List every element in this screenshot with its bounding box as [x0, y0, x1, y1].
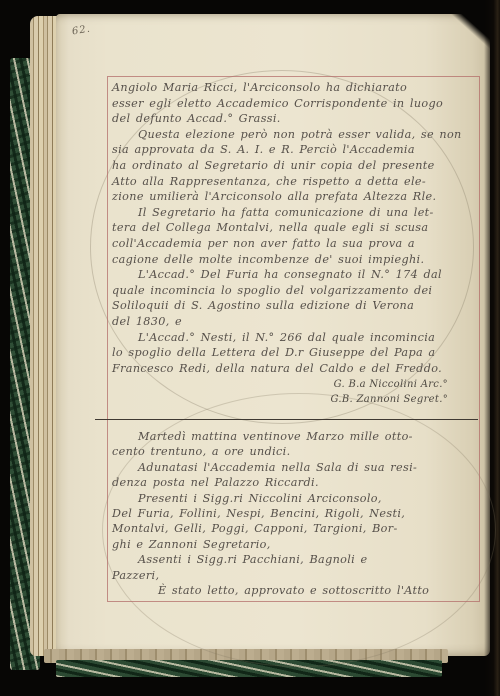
manuscript-line: Pazzeri,: [112, 568, 478, 583]
manuscript-line: coll'Accademia per non aver fatto la sua…: [112, 236, 478, 252]
manuscript-line: ha ordinato al Segretario di unir copia …: [112, 158, 478, 174]
manuscript-line: del defunto Accad.° Grassi.: [112, 111, 478, 127]
manuscript-line: zione umilierà l'Arciconsolo alla prefat…: [112, 189, 478, 205]
gutter-shadow: [484, 0, 500, 696]
manuscript-line: cagione delle molte incombenze de' suoi …: [112, 252, 478, 268]
manuscript-line: L'Accad.° Nesti, il N.° 266 dal quale in…: [112, 330, 478, 346]
manuscript-line: Il Segretario ha fatta comunicazione di …: [112, 205, 478, 221]
signature-block: G. B.a Niccolini Arc.° G.B. Zannoni Segr…: [238, 377, 448, 407]
manuscript-line: Adunatasi l'Accademia nella Sala di sua …: [112, 460, 478, 475]
minutes-entry-29-march-1831: Martedì mattina ventinove Marzo mille ot…: [112, 429, 478, 598]
manuscript-line: ghi e Zannoni Segretario,: [112, 537, 478, 552]
manuscript-line: Francesco Redi, della natura del Caldo e…: [112, 361, 478, 377]
manuscript-line: lo spoglio della Lettera del D.r Giusepp…: [112, 345, 478, 361]
manuscript-line: Assenti i Sigg.ri Pacchiani, Bagnoli e: [112, 552, 478, 567]
manuscript-line: Atto alla Rappresentanza, che rispetto a…: [112, 174, 478, 190]
minutes-entry-continued: Angiolo Maria Ricci, l'Arciconsolo ha di…: [112, 80, 478, 376]
manuscript-line: Del Furia, Follini, Nespi, Bencini, Rigo…: [112, 506, 478, 521]
manuscript-line: Soliloquii di S. Agostino sulla edizione…: [112, 298, 478, 314]
manuscript-line: cento trentuno, a ore undici.: [112, 444, 478, 459]
manuscript-line: del 1830, e: [112, 314, 478, 330]
book-photograph: 62. Angiolo Maria Ricci, l'Arciconsolo h…: [0, 0, 500, 696]
manuscript-line: sia approvata da S. A. I. e R. Perciò l'…: [112, 142, 478, 158]
manuscript-line: Montalvi, Gelli, Poggi, Capponi, Targion…: [112, 521, 478, 536]
manuscript-line: È stato letto, approvato e sottoscritto …: [112, 583, 478, 598]
manuscript-line: esser egli eletto Accademico Corrisponde…: [112, 96, 478, 112]
manuscript-line: quale incomincia lo spoglio del volgariz…: [112, 283, 478, 299]
secretary-signature: G.B. Zannoni Segret.°: [238, 392, 448, 407]
manuscript-line: denza posta nel Palazzo Riccardi.: [112, 475, 478, 490]
manuscript-line: Angiolo Maria Ricci, l'Arciconsolo ha di…: [112, 80, 478, 96]
entry-divider-rule: [95, 419, 478, 420]
manuscript-line: Questa elezione però non potrà esser val…: [112, 127, 478, 143]
manuscript-line: L'Accad.° Del Furia ha consegnato il N.°…: [112, 267, 478, 283]
arciconsolo-signature: G. B.a Niccolini Arc.°: [238, 377, 448, 392]
manuscript-line: Presenti i Sigg.ri Niccolini Arciconsolo…: [112, 491, 478, 506]
manuscript-line: tera del Collega Montalvi, nella quale e…: [112, 220, 478, 236]
manuscript-line: Martedì mattina ventinove Marzo mille ot…: [112, 429, 478, 444]
